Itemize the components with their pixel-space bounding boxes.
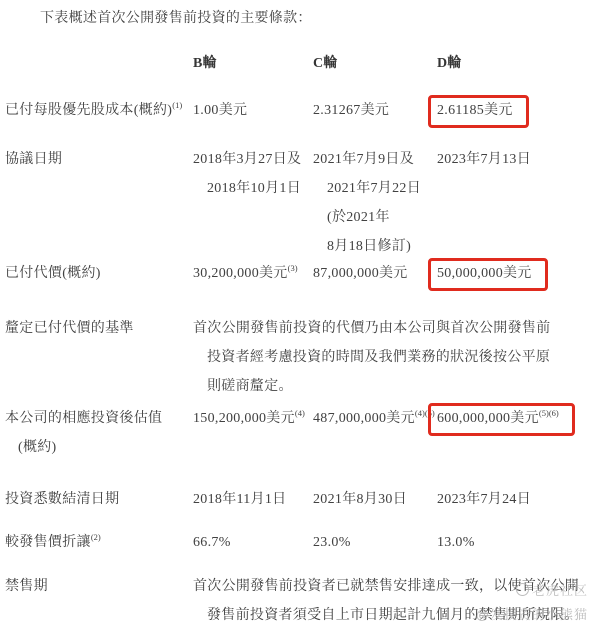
watermark-brand-line: 老虎社区 (476, 579, 588, 603)
cell-d-settlement: 2023年7月24日 (437, 485, 591, 514)
cell-b-consideration: 30,200,000美元(3) (193, 259, 313, 288)
watermark-username: @发投资的小熊猫 (476, 603, 588, 627)
table-header-row: B輪 C輪 D輪 (5, 49, 591, 78)
row-label-line: 本公司的相應投資後估值 (5, 404, 193, 433)
footnote-marker: (4) (295, 408, 305, 418)
table-row-cost-per-share: 已付每股優先股成本(概約)(1) 1.00美元 2.31267美元 2.6118… (5, 96, 591, 125)
cell-b-discount: 66.7% (193, 528, 313, 557)
cell-c-discount: 23.0% (313, 528, 437, 557)
paragraph-line: 首次公開發售前投資的代價乃由本公司與首次公開發售前 (193, 314, 591, 343)
cell-c-value: 487,000,000美元 (313, 411, 415, 426)
highlight-box-consideration: 50,000,000美元 (428, 258, 548, 291)
cell-b-valuation: 150,200,000美元(4) (193, 404, 313, 462)
row-label: 已付代價(概約) (5, 259, 193, 288)
footnote-marker: (2) (91, 532, 101, 542)
date-line: 2021年7月9日及 (313, 145, 437, 174)
cell-b-settlement: 2018年11月1日 (193, 485, 313, 514)
row-label: 釐定已付代價的基準 (5, 314, 193, 401)
table-row-consideration: 已付代價(概約) 30,200,000美元(3) 87,000,000美元 50… (5, 259, 591, 288)
cell-d-consideration: 50,000,000美元 (437, 259, 591, 288)
highlight-box-valuation: 600,000,000美元(5)(6) (428, 403, 575, 436)
cell-d-cost-value: 2.61185美元 (437, 103, 513, 118)
date-line: 2018年10月1日 (193, 174, 313, 203)
cell-b-value: 30,200,000美元 (193, 266, 288, 281)
cell-c-valuation: 487,000,000美元(4)(5) (313, 404, 437, 462)
table-row-settlement-date: 投資悉數結清日期 2018年11月1日 2021年8月30日 2023年7月24… (5, 485, 591, 514)
column-header-round-b: B輪 (193, 49, 313, 78)
paragraph-line: 則磋商釐定。 (193, 372, 591, 401)
column-header-round-d: D輪 (437, 49, 591, 78)
tiger-community-logo-icon (516, 583, 529, 596)
table-row-basis: 釐定已付代價的基準 首次公開發售前投資的代價乃由本公司與首次公開發售前 投資者經… (5, 314, 591, 401)
row-label: 本公司的相應投資後估值 (概約) (5, 404, 193, 462)
row-label: 已付每股優先股成本(概約)(1) (5, 96, 193, 125)
cell-c-consideration: 87,000,000美元 (313, 259, 437, 288)
basis-paragraph: 首次公開發售前投資的代價乃由本公司與首次公開發售前 投資者經考慮投資的時間及我們… (193, 314, 591, 401)
page-title: 下表概述首次公開發售前投資的主要條款： (40, 7, 312, 27)
date-line: 2021年7月22日 (313, 174, 437, 203)
table-row-valuation: 本公司的相應投資後估值 (概約) 150,200,000美元(4) 487,00… (5, 404, 591, 462)
paragraph-line: 投資者經考慮投資的時間及我們業務的狀況後按公平原 (193, 343, 591, 372)
footnote-marker: (1) (172, 100, 182, 110)
cell-b-value: 150,200,000美元 (193, 411, 295, 426)
column-header-round-c: C輪 (313, 49, 437, 78)
date-line: 2018年3月27日及 (193, 145, 313, 174)
watermark: 老虎社区 @发投资的小熊猫 (476, 579, 588, 627)
date-line: (於2021年 (313, 203, 437, 232)
date-line: 8月18日修訂) (313, 232, 437, 261)
cell-b-cost: 1.00美元 (193, 96, 313, 125)
cell-b-dates: 2018年3月27日及 2018年10月1日 (193, 145, 313, 261)
row-label-text: 已付每股優先股成本(概約) (5, 103, 172, 118)
row-label: 禁售期 (5, 572, 193, 630)
row-label: 較發售價折讓(2) (5, 528, 193, 557)
row-label-text: 較發售價折讓 (5, 535, 91, 550)
header-spacer (5, 49, 193, 78)
table-row-agreement-date: 協議日期 2018年3月27日及 2018年10月1日 2021年7月9日及 2… (5, 145, 591, 261)
cell-d-valuation: 600,000,000美元(5)(6) (437, 404, 591, 462)
row-label: 協議日期 (5, 145, 193, 261)
row-label: 投資悉數結清日期 (5, 485, 193, 514)
footnote-marker: (3) (288, 263, 298, 273)
footnote-marker: (5)(6) (539, 408, 559, 418)
prospectus-pre-ipo-terms-page: 下表概述首次公開發售前投資的主要條款： B輪 C輪 D輪 已付每股優先股成本(概… (0, 0, 591, 631)
cell-c-cost: 2.31267美元 (313, 96, 437, 125)
cell-d-cost: 2.61185美元 (437, 96, 591, 125)
cell-c-settlement: 2021年8月30日 (313, 485, 437, 514)
cell-c-dates: 2021年7月9日及 2021年7月22日 (於2021年 8月18日修訂) (313, 145, 437, 261)
cell-d-discount: 13.0% (437, 528, 591, 557)
cell-d-date: 2023年7月13日 (437, 145, 591, 261)
table-row-discount: 較發售價折讓(2) 66.7% 23.0% 13.0% (5, 528, 591, 557)
cell-d-value: 600,000,000美元 (437, 411, 539, 426)
highlight-box-cost: 2.61185美元 (428, 95, 529, 128)
row-label-line: (概約) (5, 433, 193, 462)
watermark-brand: 老虎社区 (532, 583, 588, 598)
cell-d-value: 50,000,000美元 (437, 266, 532, 281)
